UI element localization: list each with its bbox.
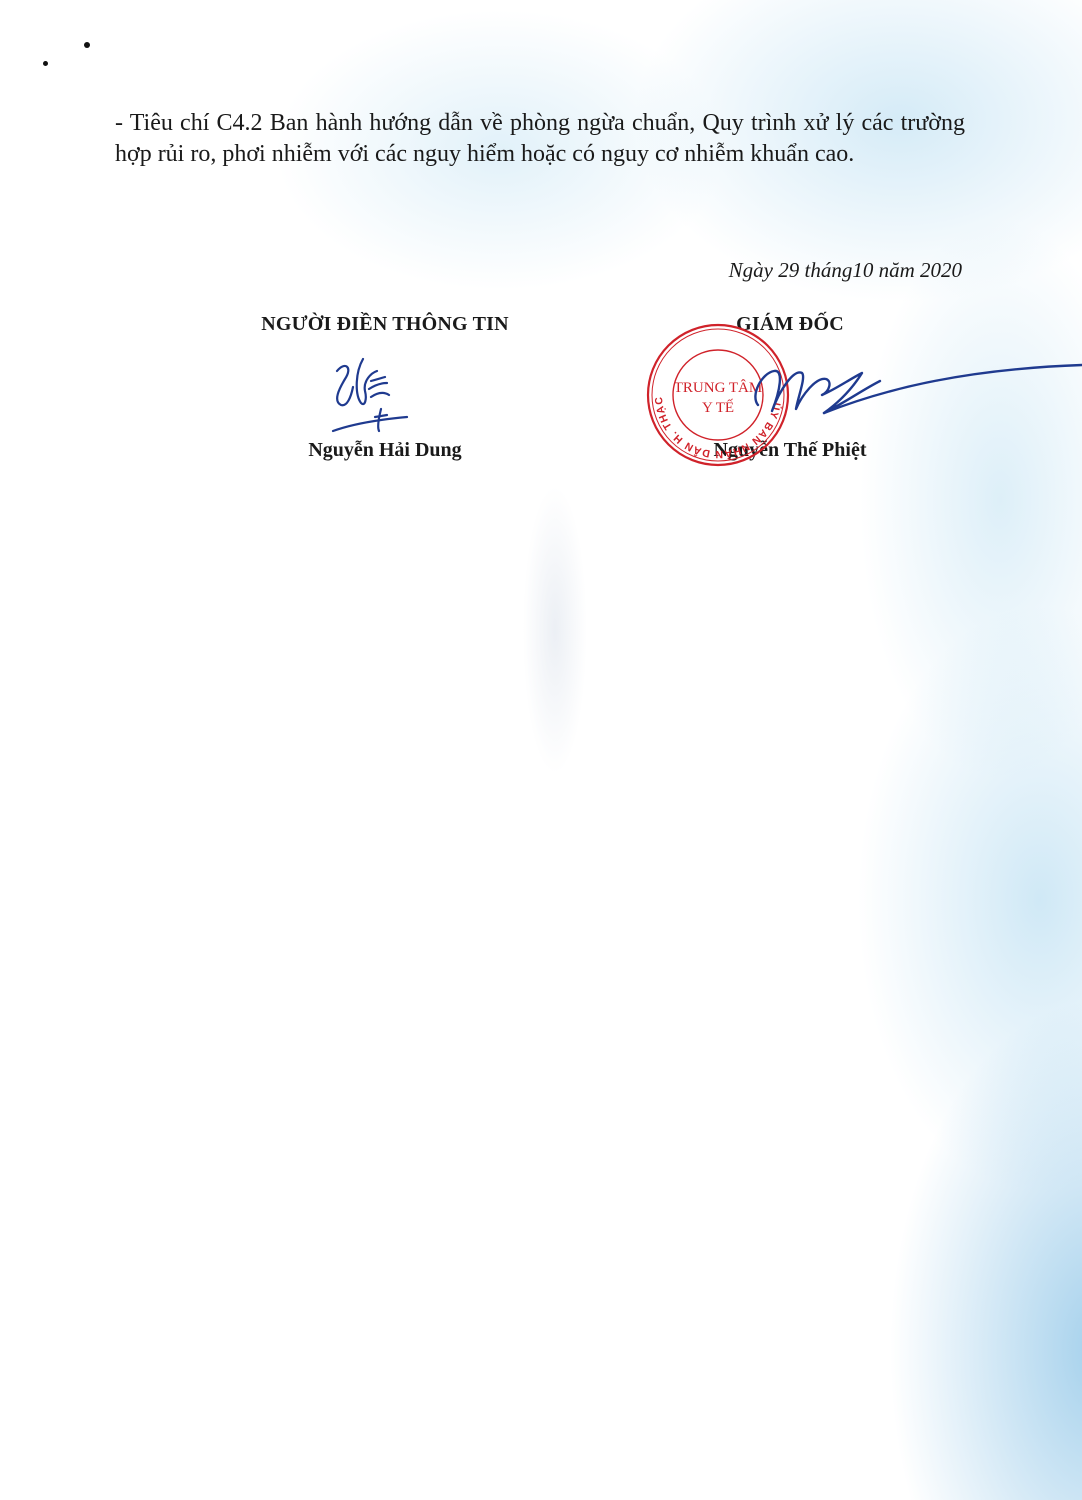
scan-speck bbox=[84, 42, 90, 48]
criterion-paragraph: - Tiêu chí C4.2 Ban hành hướng dẫn về ph… bbox=[115, 108, 965, 170]
date-line: Ngày 29 tháng10 năm 2020 bbox=[729, 258, 962, 283]
scan-background-tint bbox=[0, 0, 1082, 1500]
handwritten-signature-icon bbox=[315, 351, 415, 441]
signatory-name: Nguyễn Hải Dung bbox=[215, 439, 555, 462]
signatory-title: NGƯỜI ĐIỀN THÔNG TIN bbox=[215, 313, 555, 336]
director-signature-icon bbox=[740, 355, 1082, 435]
signatory-filler: NGƯỜI ĐIỀN THÔNG TIN Nguyễn Hải Dung bbox=[215, 313, 555, 336]
scan-speck bbox=[43, 61, 48, 66]
seal-center-line-2: Y TẾ bbox=[702, 399, 734, 416]
